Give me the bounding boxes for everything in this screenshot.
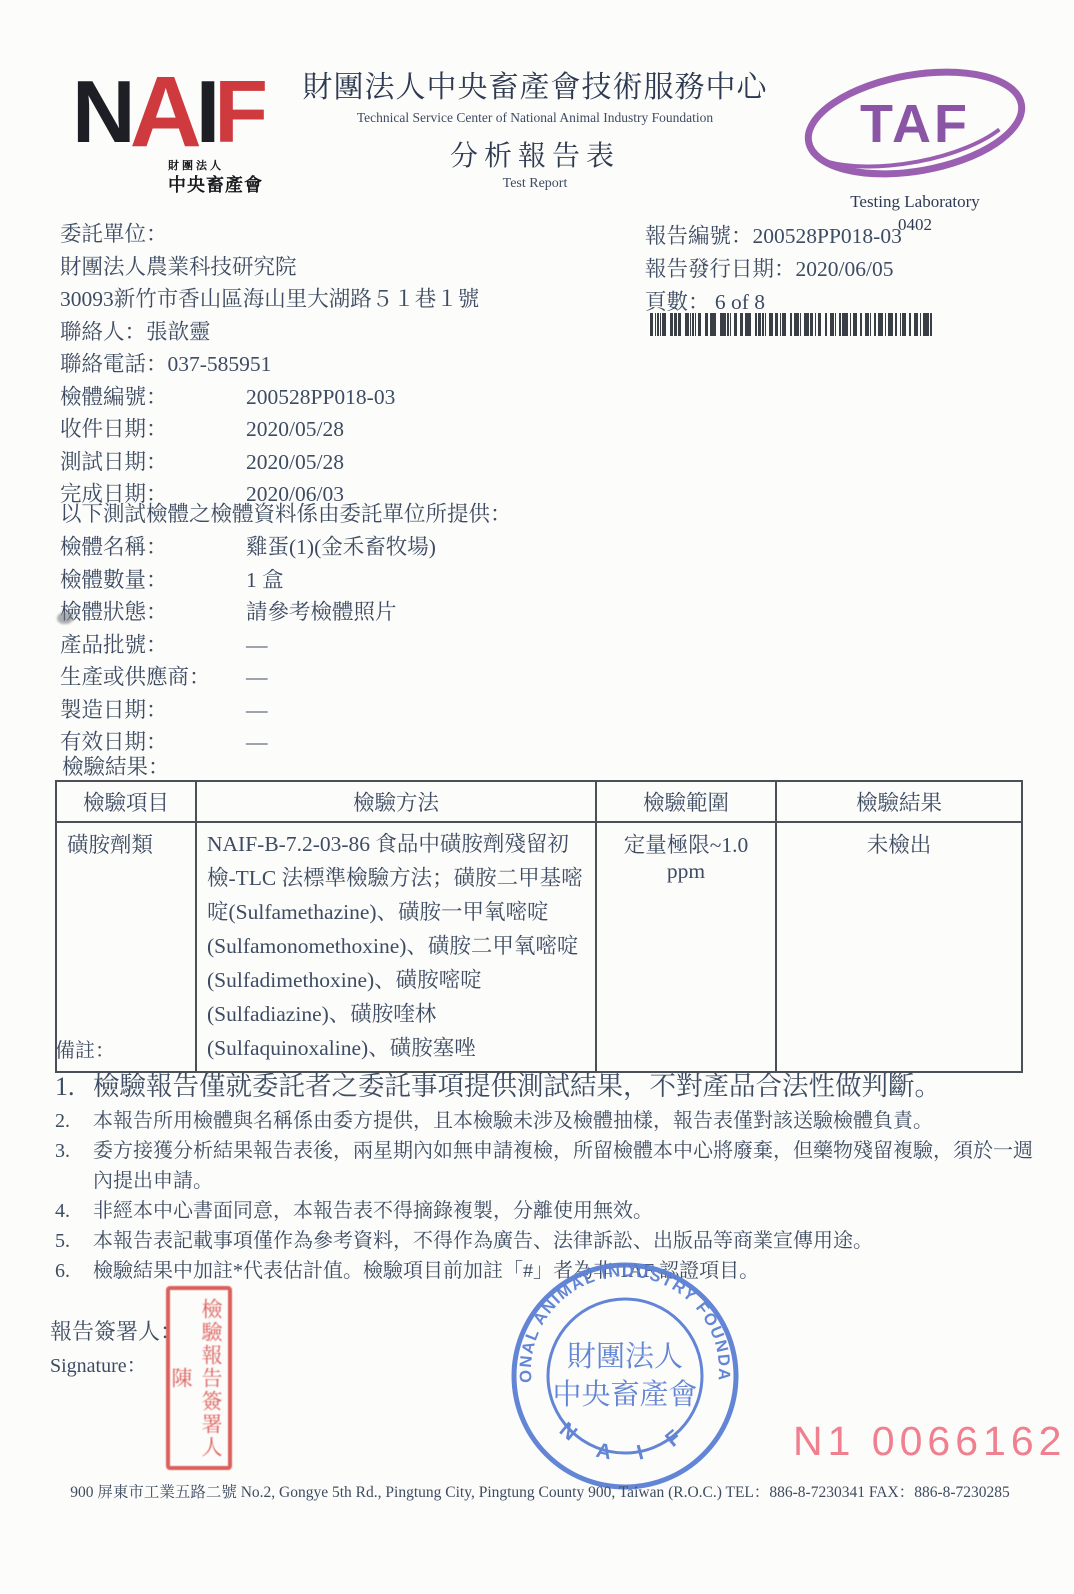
barcode xyxy=(650,313,934,336)
note-4: 4.非經本中心書面同意，本報告表不得摘錄複製，分離使用無效。 xyxy=(55,1196,1045,1226)
issue-date: 報告發行日期：2020/06/05 xyxy=(645,253,1035,286)
result-value-cell: 未檢出 xyxy=(776,822,1022,1072)
scan-smudge xyxy=(57,612,73,624)
mfg-date-value: — xyxy=(246,694,680,727)
naif-round-stamp: NATIONAL ANIMAL INDUSTRY FOUNDATION N A … xyxy=(503,1256,747,1496)
org-name-zh: 財團法人中央畜產會技術服務中心 xyxy=(295,62,775,106)
results-data-row: 磺胺劑類 NAIF-B-7.2-03-86 食品中磺胺劑殘留初檢-TLC 法標準… xyxy=(56,822,1022,1072)
sample-state-value: 請參考檢體照片 xyxy=(246,596,680,629)
note-3-text: 委方接獲分析結果報告表後，兩星期內如無申請複檢，所留檢體本中心將廢棄，但藥物殘留… xyxy=(93,1136,1045,1196)
client-label: 委託單位： xyxy=(60,218,640,251)
client-name: 財團法人農業科技研究院 xyxy=(60,251,640,284)
naif-logo-subtitle: 財團法人 中央畜產會 xyxy=(168,160,263,196)
sample-name-row: 檢體名稱：雞蛋(1)(金禾畜牧場) xyxy=(60,531,680,564)
client-address: 30093新竹市香山區海山里大湖路５１巷１號 xyxy=(60,283,640,316)
naif-letter-f: F xyxy=(214,62,262,161)
note-6-number: 6. xyxy=(55,1260,93,1283)
result-range-cell: 定量極限~1.0 ppm xyxy=(596,822,776,1072)
stamp-arc-bottom-text: N A I F xyxy=(555,1418,695,1466)
supplier-row: 生產或供應商：— xyxy=(60,661,680,694)
signature-seal-stamp: 檢驗報告簽署人陳 xyxy=(166,1286,232,1470)
note-5-text: 本報告表記載事項僅作為參考資料，不得作為廣告、法律訴訟、出版品等商業宣傳用途。 xyxy=(93,1226,1045,1256)
note-5-number: 5. xyxy=(55,1230,93,1253)
sample-qty-label: 檢體數量： xyxy=(60,564,246,597)
col-header-method: 檢驗方法 xyxy=(196,781,596,822)
sample-name-value: 雞蛋(1)(金禾畜牧場) xyxy=(246,531,680,564)
serial-number: N1 0066162 xyxy=(793,1418,1066,1465)
footer-address: 900 屏東市工業五路二號 No.2, Gongye 5th Rd., Ping… xyxy=(45,1480,1035,1502)
sample-intro: 以下測試檢體之檢體資料係由委託單位所提供： xyxy=(60,498,680,531)
result-method-cell: NAIF-B-7.2-03-86 食品中磺胺劑殘留初檢-TLC 法標準檢驗方法；… xyxy=(196,822,596,1072)
test-date-row: 測試日期：2020/05/28 xyxy=(60,446,640,479)
client-info-block: 委託單位： 財團法人農業科技研究院 30093新竹市香山區海山里大湖路５１巷１號… xyxy=(60,218,640,511)
result-item-cell: 磺胺劑類 xyxy=(56,822,196,1072)
batch-no-row: 產品批號：— xyxy=(60,629,680,662)
supplier-value: — xyxy=(246,661,680,694)
naif-letter-a: A xyxy=(130,56,196,168)
taf-caption-line1: Testing Laboratory xyxy=(782,191,1048,212)
svg-text:N A I F: N A I F xyxy=(555,1418,695,1466)
report-title-zh: 分析報告表 xyxy=(295,134,775,174)
note-2-text: 本報告所用檢體與名稱係由委方提供，且本檢驗未涉及檢體抽樣，報告表僅對該送驗檢體負… xyxy=(93,1106,1045,1136)
sample-name-label: 檢體名稱： xyxy=(60,531,246,564)
expiry-date-value: — xyxy=(246,726,680,759)
signature-label-zh: 報告簽署人： xyxy=(50,1315,182,1349)
report-number: 報告編號：200528PP018-03 xyxy=(645,220,1035,253)
sample-state-row: 檢體狀態：請參考檢體照片 xyxy=(60,596,680,629)
note-4-number: 4. xyxy=(55,1200,93,1223)
report-title-en: Test Report xyxy=(295,176,775,192)
received-date-value: 2020/05/28 xyxy=(246,413,640,446)
note-3-number: 3. xyxy=(55,1140,93,1163)
note-3: 3.委方接獲分析結果報告表後，兩星期內如無申請複檢，所留檢體本中心將廢棄，但藥物… xyxy=(55,1136,1045,1196)
naif-logo: NAIF 財團法人 中央畜產會 xyxy=(72,58,272,218)
note-1: 1.檢驗報告僅就委託者之委託事項提供測試結果，不對產品合法性做判斷。 xyxy=(55,1066,1045,1106)
signature-label-en: Signature： xyxy=(50,1349,182,1383)
mfg-date-label: 製造日期： xyxy=(60,694,246,727)
taf-swoosh-icon: TAF xyxy=(782,66,1048,184)
naif-sub-line1: 財團法人 xyxy=(168,160,263,174)
sample-id-row: 檢體編號：200528PP018-03 xyxy=(60,381,640,414)
test-report-page: NAIF 財團法人 中央畜產會 財團法人中央畜產會技術服務中心 Technica… xyxy=(0,0,1074,1594)
client-contact: 聯絡人：張歆靈 xyxy=(60,316,640,349)
received-date-row: 收件日期：2020/05/28 xyxy=(60,413,640,446)
stamp-center-line1: 財團法人 xyxy=(567,1340,683,1373)
col-header-result: 檢驗結果 xyxy=(776,781,1022,822)
note-1-number: 1. xyxy=(55,1072,93,1102)
mfg-date-row: 製造日期：— xyxy=(60,694,680,727)
sample-state-label: 檢體狀態： xyxy=(60,596,246,629)
signature-block: 報告簽署人： Signature： xyxy=(50,1315,182,1383)
test-date-label: 測試日期： xyxy=(60,446,246,479)
client-phone: 聯絡電話：037-585951 xyxy=(60,348,640,381)
col-header-item: 檢驗項目 xyxy=(56,781,196,822)
col-header-range: 檢驗範圍 xyxy=(596,781,776,822)
notes-section: 備註： 1.檢驗報告僅就委託者之委託事項提供測試結果，不對產品合法性做判斷。 2… xyxy=(55,1036,1045,1286)
results-section-label: 檢驗結果： xyxy=(62,750,170,781)
naif-letter-n: N xyxy=(72,62,130,161)
note-2: 2.本報告所用檢體與名稱係由委方提供，且本檢驗未涉及檢體抽樣，報告表僅對該送驗檢… xyxy=(55,1106,1045,1136)
supplier-label: 生產或供應商： xyxy=(60,661,246,694)
naif-sub-line2: 中央畜產會 xyxy=(168,174,263,197)
header-title-block: 財團法人中央畜產會技術服務中心 Technical Service Center… xyxy=(295,62,775,192)
note-1-text: 檢驗報告僅就委託者之委託事項提供測試結果，不對產品合法性做判斷。 xyxy=(93,1066,1045,1106)
taf-letters: TAF xyxy=(860,94,970,154)
org-name-en: Technical Service Center of National Ani… xyxy=(295,110,775,126)
results-header-row: 檢驗項目 檢驗方法 檢驗範圍 檢驗結果 xyxy=(56,781,1022,822)
report-meta-block: 報告編號：200528PP018-03 報告發行日期：2020/06/05 頁數… xyxy=(645,220,1035,319)
notes-label: 備註： xyxy=(55,1036,1045,1066)
naif-logo-letters: NAIF xyxy=(72,58,272,158)
taf-logo: TAF Testing Laboratory 0402 xyxy=(782,66,1048,236)
naif-letter-i: I xyxy=(196,62,214,161)
note-2-number: 2. xyxy=(55,1110,93,1133)
results-table: 檢驗項目 檢驗方法 檢驗範圍 檢驗結果 磺胺劑類 NAIF-B-7.2-03-8… xyxy=(55,780,1023,1073)
batch-no-label: 產品批號： xyxy=(60,629,246,662)
sample-info-block: 以下測試檢體之檢體資料係由委託單位所提供： 檢體名稱：雞蛋(1)(金禾畜牧場) … xyxy=(60,498,680,759)
test-date-value: 2020/05/28 xyxy=(246,446,640,479)
note-4-text: 非經本中心書面同意，本報告表不得摘錄複製，分離使用無效。 xyxy=(93,1196,1045,1226)
sample-id-label: 檢體編號： xyxy=(60,381,246,414)
note-5: 5.本報告表記載事項僅作為參考資料，不得作為廣告、法律訴訟、出版品等商業宣傳用途… xyxy=(55,1226,1045,1256)
batch-no-value: — xyxy=(246,629,680,662)
stamp-center-line2: 中央畜產會 xyxy=(552,1378,697,1411)
received-date-label: 收件日期： xyxy=(60,413,246,446)
sample-qty-row: 檢體數量：1 盒 xyxy=(60,564,680,597)
sample-id-value: 200528PP018-03 xyxy=(246,381,640,414)
sample-qty-value: 1 盒 xyxy=(246,564,680,597)
